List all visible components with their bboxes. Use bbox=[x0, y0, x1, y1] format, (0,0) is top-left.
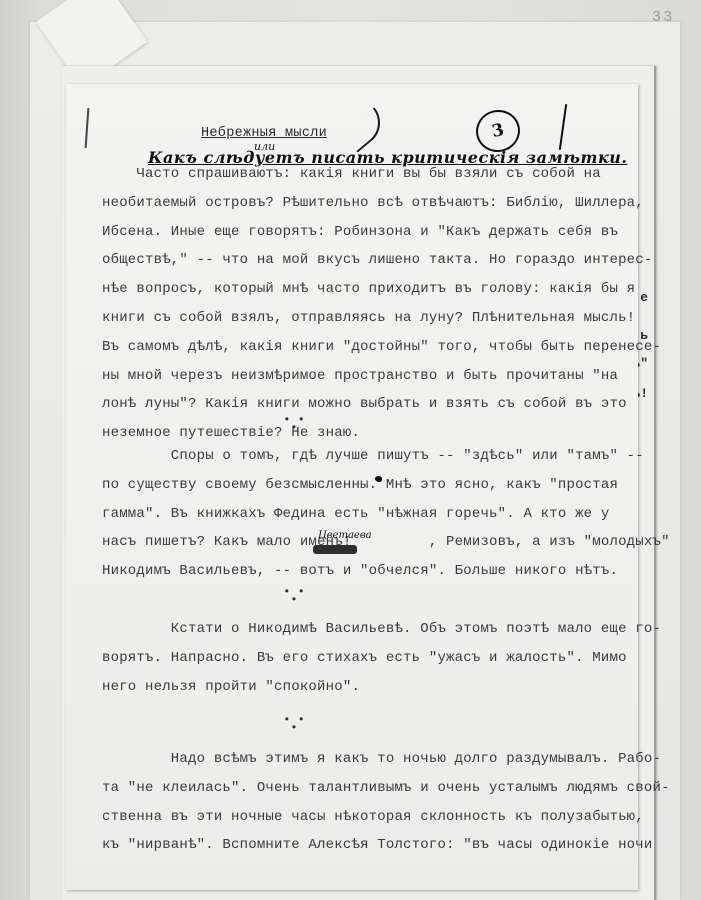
paragraph-2: Споры о томъ, гдѣ лучше пишутъ -- "здѣсь… bbox=[102, 442, 642, 586]
text-line: Часто спрашиваютъ: какiя книги вы бы взя… bbox=[102, 160, 642, 189]
text-line: необитаемый островъ? Рѣшительно всѣ отвѣ… bbox=[102, 189, 642, 218]
section-separator: • •• bbox=[282, 416, 306, 432]
text-line: гамма". Въ книжкахъ Федина есть "нѣжная … bbox=[102, 500, 642, 529]
archive-page-number: 33 bbox=[652, 8, 675, 25]
text-line: нѣе вопросъ, который мнѣ часто приходитъ… bbox=[102, 275, 642, 304]
text-line: къ "нирванѣ". Вспомните Алексѣя Толстого… bbox=[102, 831, 642, 860]
struck-out-word bbox=[313, 545, 357, 554]
text-line: ственна въ эти ночные часы нѣкоторая скл… bbox=[102, 803, 642, 832]
text-line: Въ самомъ дѣлѣ, какiя книги "достойны" т… bbox=[102, 333, 642, 362]
text-line: ны мной черезъ неизмѣримое пространство … bbox=[102, 362, 642, 391]
paragraph-3: Кстати о Никодимѣ Васильевѣ. Объ этомъ п… bbox=[102, 615, 642, 701]
ink-blot bbox=[375, 476, 382, 482]
section-separator: • •• bbox=[282, 716, 306, 732]
section-separator: • •• bbox=[282, 588, 306, 604]
text-line: Споры о томъ, гдѣ лучше пишутъ -- "здѣсь… bbox=[102, 442, 642, 471]
circled-number-text: 3 bbox=[490, 120, 506, 142]
text-line: по существу своему безсмысленны. Мнѣ это… bbox=[102, 471, 642, 500]
document-title: Небрежныя мысли bbox=[201, 126, 327, 141]
paragraph-1: Часто спрашиваютъ: какiя книги вы бы взя… bbox=[102, 160, 642, 448]
text-line: Надо всѣмъ этимъ я какъ то ночью долго р… bbox=[102, 745, 642, 774]
text-line: Ибсена. Иные еще говорятъ: Робинзона и "… bbox=[102, 218, 642, 247]
text-line: та "не клеилась". Очень талантливымъ и о… bbox=[102, 774, 642, 803]
text-line: лонѣ луны"? Какiя книги можно выбрать и … bbox=[102, 390, 642, 419]
text-line: Никодимъ Васильевъ, -- вотъ и "обчелся".… bbox=[102, 557, 642, 586]
text-line: книги съ собой взялъ, отправляясь на лун… bbox=[102, 304, 642, 333]
paragraph-4: Надо всѣмъ этимъ я какъ то ночью долго р… bbox=[102, 745, 642, 860]
text-line: ворятъ. Напрасно. Въ его стихахъ есть "у… bbox=[102, 644, 642, 673]
text-line: насъ пишетъ? Какъ мало именъ! , Ремизовъ… bbox=[102, 528, 642, 557]
text-line: него нельзя пройти "спокойно". bbox=[102, 673, 642, 702]
handwritten-insertion: Цветаева bbox=[318, 530, 372, 541]
text-line: обществѣ," -- что на мой вкусъ лишено та… bbox=[102, 246, 642, 275]
text-line: Кстати о Никодимѣ Васильевѣ. Объ этомъ п… bbox=[102, 615, 642, 644]
